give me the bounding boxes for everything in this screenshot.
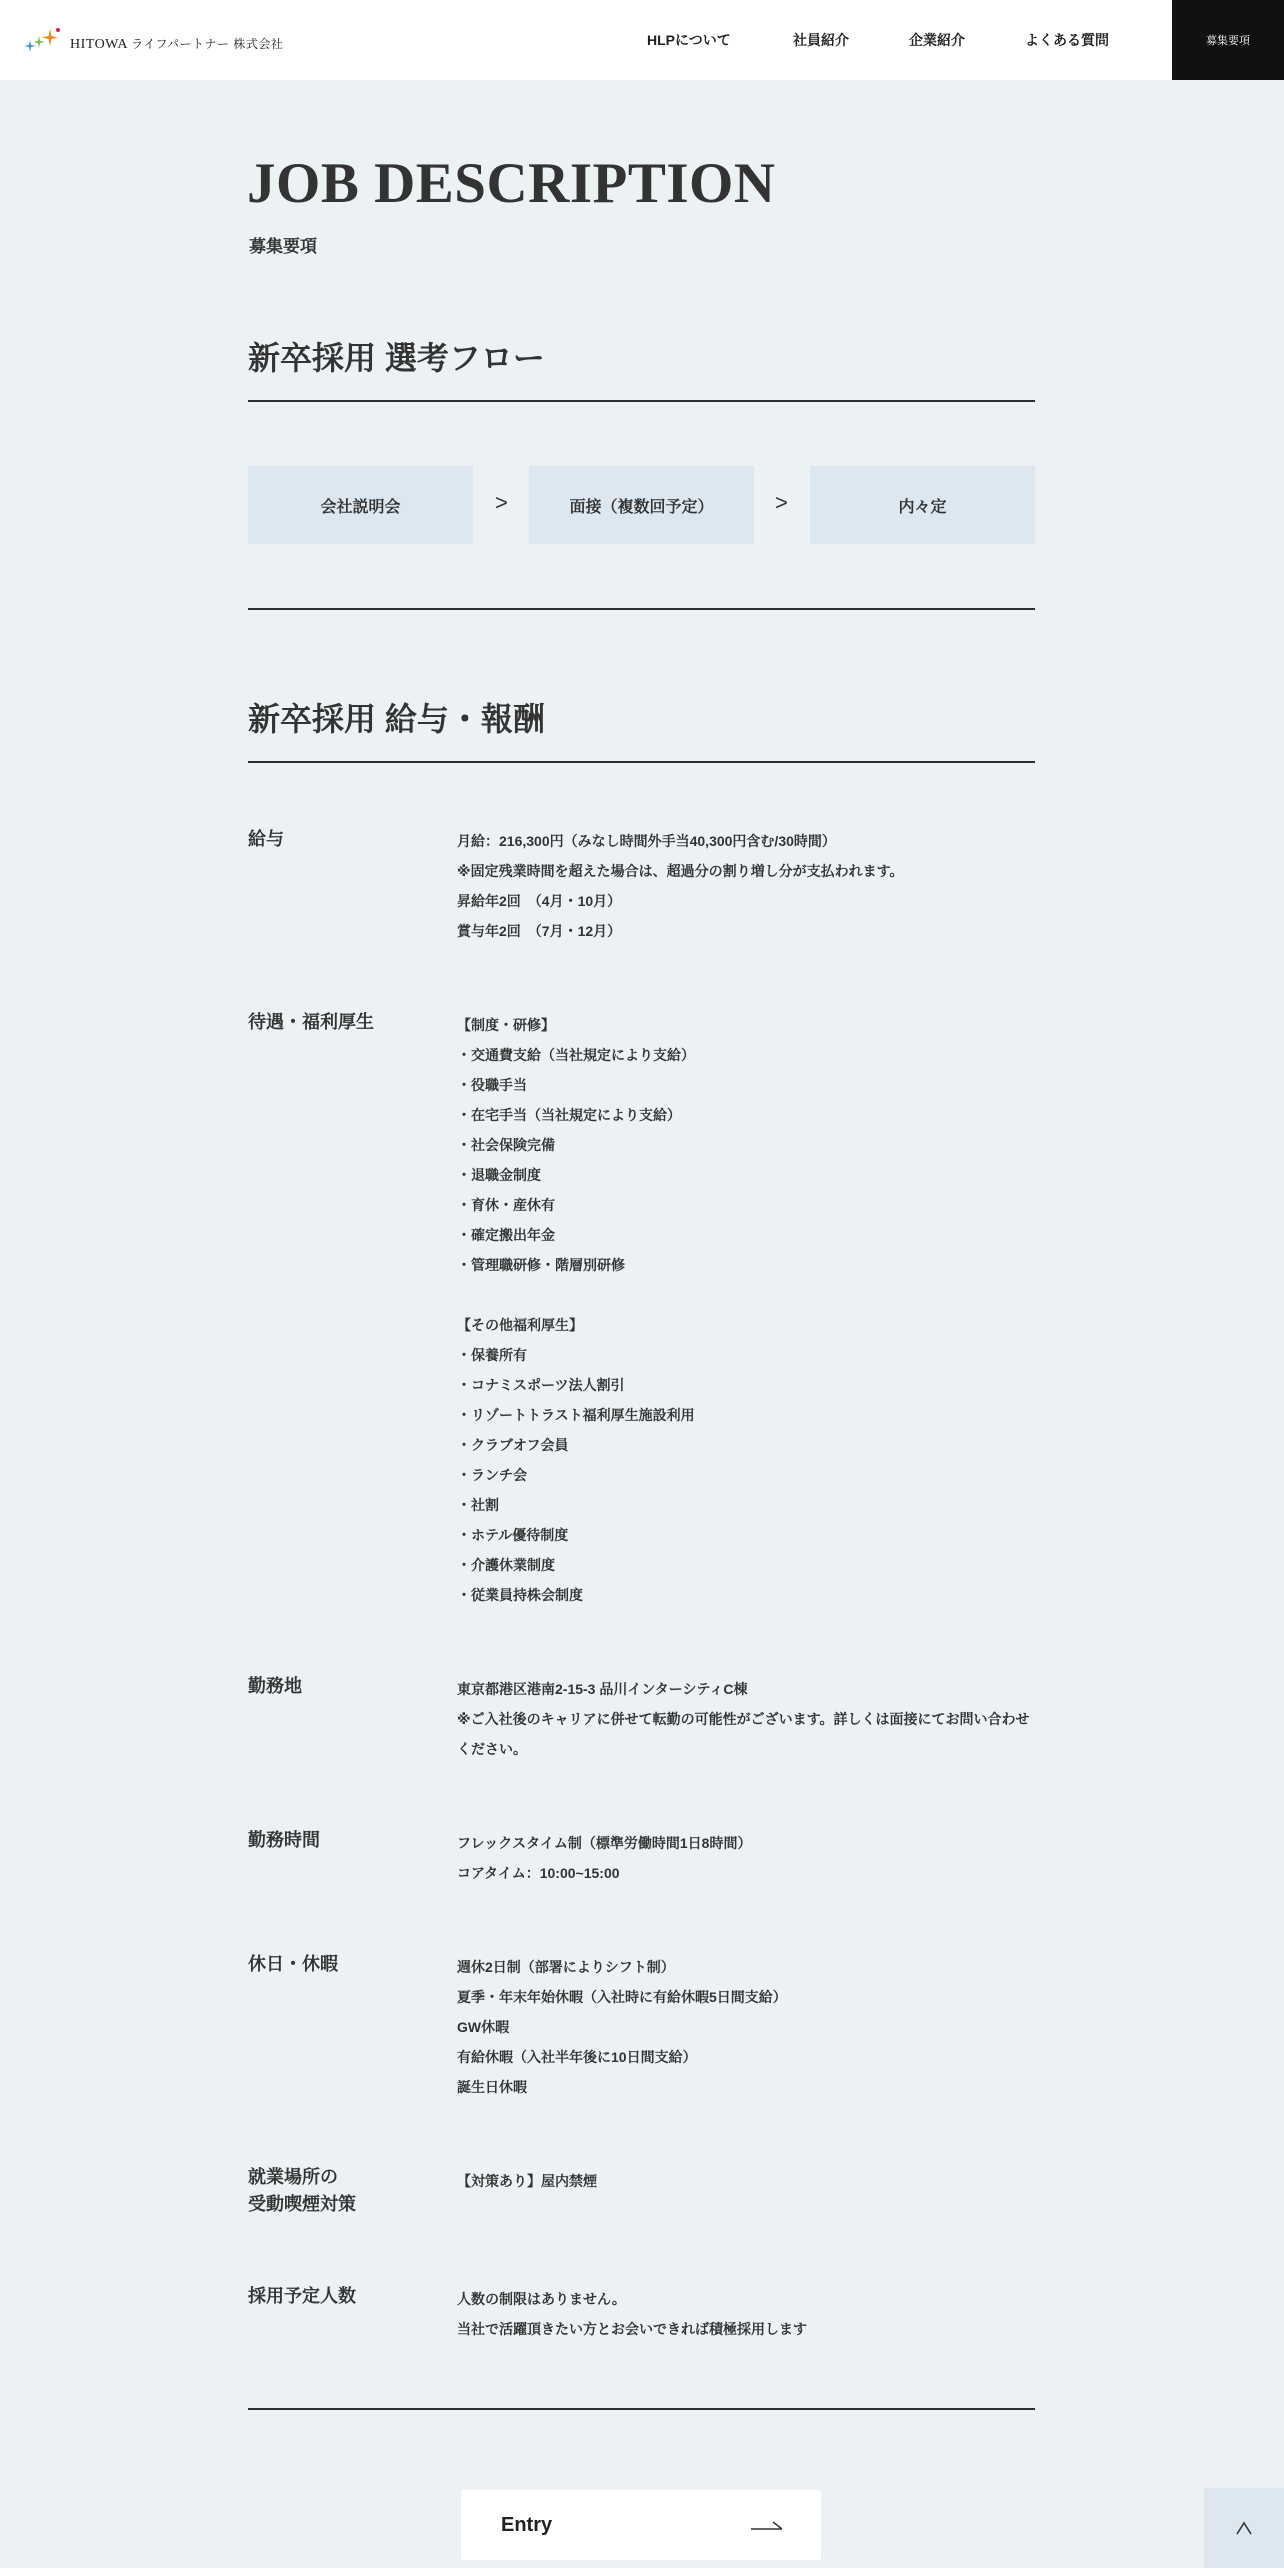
label-line: 受動喫煙対策 bbox=[248, 2191, 356, 2218]
value-line: 有給休暇（入社半年後に10日間支給） bbox=[457, 2042, 1037, 2072]
value-line: ・介護休業制度 bbox=[457, 1550, 1037, 1580]
row-values-salary: 月給：216,300円（みなし時間外手当40,300円含む/30時間） ※固定残… bbox=[457, 826, 1037, 946]
flow-step-info-session: 会社説明会 bbox=[248, 466, 473, 544]
row-values-location: 東京都港区港南2-15-3 品川インターシティC棟 ※ご入社後のキャリアに併せて… bbox=[457, 1674, 1035, 1764]
value-line: ・確定搬出年金 bbox=[457, 1220, 1037, 1250]
chevron-up-icon bbox=[1235, 2521, 1253, 2535]
arrow-right-icon bbox=[751, 2519, 783, 2531]
row-values-smoking-policy: 【対策あり】屋内禁煙 bbox=[457, 2166, 1037, 2196]
row-label-benefits: 待遇・福利厚生 bbox=[248, 1009, 374, 1036]
flow-step-offer: 内々定 bbox=[810, 466, 1035, 544]
row-label-working-hours: 勤務時間 bbox=[248, 1827, 320, 1854]
value-line: コアタイム：10:00~15:00 bbox=[457, 1858, 1037, 1888]
entry-label: Entry bbox=[501, 2514, 552, 2537]
value-line-spacer bbox=[457, 1280, 1037, 1310]
row-values-working-hours: フレックスタイム制（標準労働時間1日8時間） コアタイム：10:00~15:00 bbox=[457, 1828, 1037, 1888]
value-line: ・コナミスポーツ法人割引 bbox=[457, 1370, 1037, 1400]
row-label-location: 勤務地 bbox=[248, 1673, 302, 1700]
flow-step-interview: 面接（複数回予定） bbox=[529, 466, 754, 544]
value-line: ・社割 bbox=[457, 1490, 1037, 1520]
divider bbox=[248, 761, 1035, 763]
page-subtitle: 募集要項 bbox=[249, 232, 317, 257]
site-header: HITOWA ライフパートナー 株式会社 HLPについて 社員紹介 企業紹介 よ… bbox=[0, 0, 1284, 80]
flow-section-title: 新卒採用 選考フロー bbox=[248, 333, 545, 379]
nav-item-faq[interactable]: よくある質問 bbox=[1025, 30, 1109, 50]
value-line: 人数の制限はありません。 bbox=[457, 2284, 1037, 2314]
value-line: 東京都港区港南2-15-3 品川インターシティC棟 bbox=[457, 1674, 1035, 1704]
value-line: 月給：216,300円（みなし時間外手当40,300円含む/30時間） bbox=[457, 826, 1037, 856]
logo-brand: HITOWA bbox=[70, 37, 127, 52]
value-line: ・在宅手当（当社規定により支給） bbox=[457, 1100, 1037, 1130]
value-line: 【制度・研修】 bbox=[457, 1010, 1037, 1040]
row-label-smoking-policy: 就業場所の 受動喫煙対策 bbox=[248, 2164, 356, 2218]
value-line: 週休2日制（部署によりシフト制） bbox=[457, 1952, 1037, 1982]
nav-item-about[interactable]: HLPについて bbox=[647, 30, 731, 50]
sparkle-logo-icon bbox=[24, 25, 64, 55]
row-label-hiring-count: 採用予定人数 bbox=[248, 2283, 356, 2310]
label-line: 就業場所の bbox=[248, 2164, 356, 2191]
row-values-benefits: 【制度・研修】 ・交通費支給（当社規定により支給） ・役職手当 ・在宅手当（当社… bbox=[457, 1010, 1037, 1610]
divider bbox=[248, 608, 1035, 610]
logo-company: ライフパートナー 株式会社 bbox=[131, 37, 283, 51]
value-line: GW休暇 bbox=[457, 2012, 1037, 2042]
scroll-to-top-button[interactable] bbox=[1204, 2488, 1284, 2568]
divider bbox=[248, 400, 1035, 402]
nav-recruitment-button[interactable]: 募集要項 bbox=[1172, 0, 1284, 80]
site-logo[interactable]: HITOWA ライフパートナー 株式会社 bbox=[24, 22, 283, 58]
row-label-holidays: 休日・休暇 bbox=[248, 1951, 338, 1978]
value-line: ・保養所有 bbox=[457, 1340, 1037, 1370]
row-values-holidays: 週休2日制（部署によりシフト制） 夏季・年末年始休暇（入社時に有給休暇5日間支給… bbox=[457, 1952, 1037, 2102]
page-title: JOB DESCRIPTION bbox=[247, 155, 776, 212]
value-line: ・リゾートトラスト福利厚生施設利用 bbox=[457, 1400, 1037, 1430]
value-line: ・クラブオフ会員 bbox=[457, 1430, 1037, 1460]
value-line: ・管理職研修・階層別研修 bbox=[457, 1250, 1037, 1280]
value-line: 【対策あり】屋内禁煙 bbox=[457, 2166, 1037, 2196]
value-line: ※ご入社後のキャリアに併せて転勤の可能性がございます。詳しくは面接にてお問い合わ… bbox=[457, 1704, 1035, 1764]
value-line: 夏季・年末年始休暇（入社時に有給休暇5日間支給） bbox=[457, 1982, 1037, 2012]
value-line: ・従業員持株会制度 bbox=[457, 1580, 1037, 1610]
value-line: ・ホテル優待制度 bbox=[457, 1520, 1037, 1550]
value-line: 当社で活躍頂きたい方とお会いできれば積極採用します bbox=[457, 2314, 1037, 2344]
value-line: 昇給年2回 （4月・10月） bbox=[457, 886, 1037, 916]
flow-arrow-icon: > bbox=[495, 490, 508, 516]
value-line: ・役職手当 bbox=[457, 1070, 1037, 1100]
value-line: ・育休・産休有 bbox=[457, 1190, 1037, 1220]
entry-button[interactable]: Entry bbox=[461, 2490, 821, 2560]
value-line: 誕生日休暇 bbox=[457, 2072, 1037, 2102]
value-line: 【その他福利厚生】 bbox=[457, 1310, 1037, 1340]
value-line: ※固定残業時間を超えた場合は、超過分の割り増し分が支払われます。 bbox=[457, 856, 1037, 886]
divider bbox=[248, 2408, 1035, 2410]
row-label-salary: 給与 bbox=[248, 826, 284, 853]
row-values-hiring-count: 人数の制限はありません。 当社で活躍頂きたい方とお会いできれば積極採用します bbox=[457, 2284, 1037, 2344]
value-line: フレックスタイム制（標準労働時間1日8時間） bbox=[457, 1828, 1037, 1858]
nav-item-company[interactable]: 企業紹介 bbox=[909, 30, 965, 50]
nav-item-employees[interactable]: 社員紹介 bbox=[793, 30, 849, 50]
value-line: ・ランチ会 bbox=[457, 1460, 1037, 1490]
value-line: ・退職金制度 bbox=[457, 1160, 1037, 1190]
logo-text: HITOWA ライフパートナー 株式会社 bbox=[70, 27, 283, 53]
flow-arrow-icon: > bbox=[775, 490, 788, 516]
salary-section-title: 新卒採用 給与・報酬 bbox=[248, 694, 545, 740]
value-line: 賞与年2回 （7月・12月） bbox=[457, 916, 1037, 946]
value-line: ・社会保険完備 bbox=[457, 1130, 1037, 1160]
value-line: ・交通費支給（当社規定により支給） bbox=[457, 1040, 1037, 1070]
